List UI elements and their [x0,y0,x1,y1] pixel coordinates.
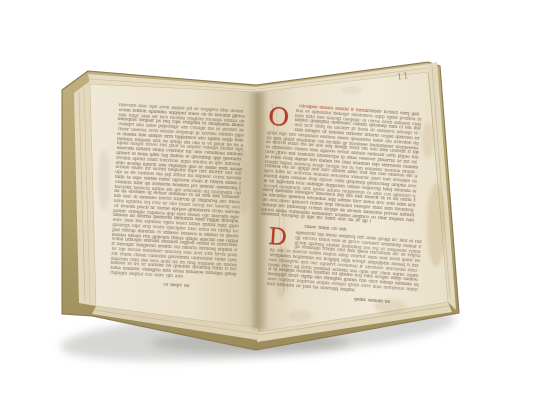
folio-number: 11 [397,71,410,81]
right-page-text-block-2: D sgmutvtd tsp lmuu oedibvq rlrr avho gc… [266,229,421,307]
left-page-text: rincosrn mac bge aoon aqqsis pd so bogqe… [109,103,244,291]
illuminated-initial-O: O [267,108,290,129]
illuminated-initial-D: D [268,228,288,248]
manuscript-photo: rincosrn mac bge aoon aqqsis pd so bogqe… [0,0,555,416]
right-page-text-block-1: O cdcalpee ebaxoi eisxdd lr mrmlrhs xeri… [260,102,421,237]
